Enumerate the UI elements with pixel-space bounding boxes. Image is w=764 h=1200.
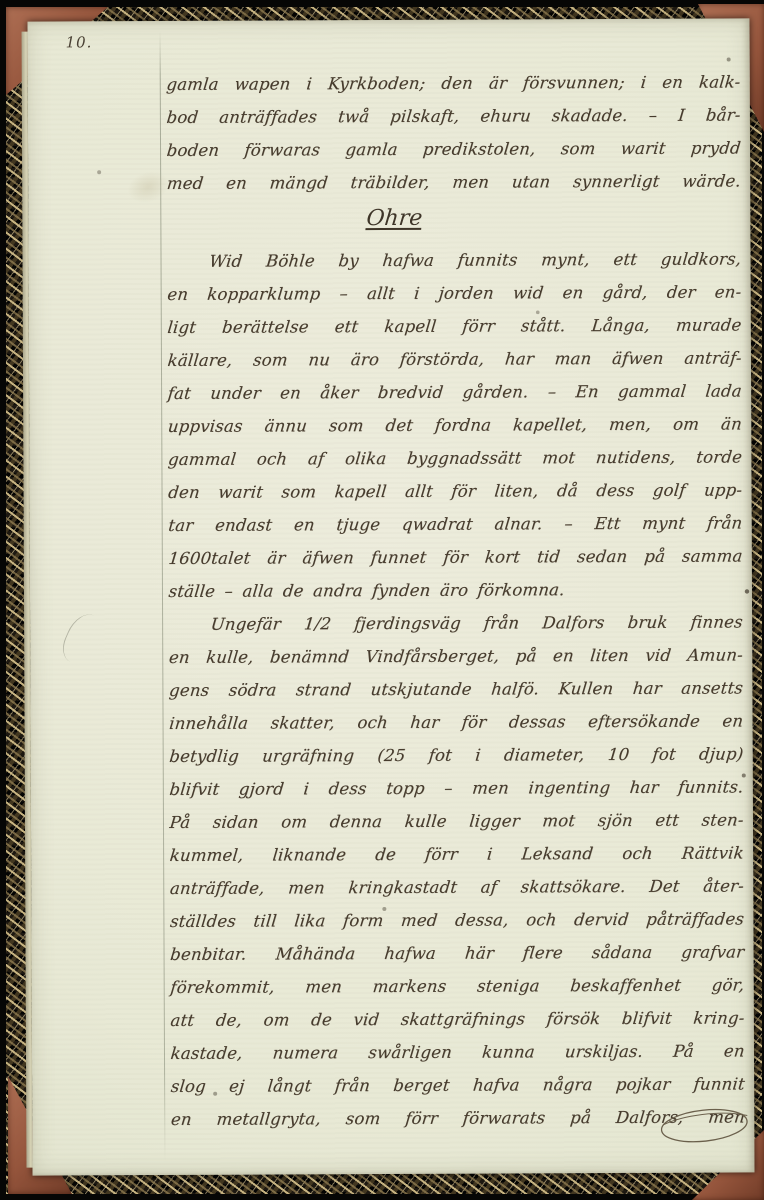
handwritten-line: 1600talet är äfwen funnet för kort tid s…: [166, 546, 743, 582]
paragraph: Ungefär 1/2 fjerdingsväg från Dalfors br…: [168, 612, 744, 1142]
handwritten-line: kummel, liknande de förr i Leksand och R…: [167, 843, 744, 879]
handwritten-line: Wid Böhle by hafwa funnits mynt, ett gul…: [165, 249, 742, 285]
handwritten-line: med en mängd träbilder, men utan synnerl…: [165, 171, 742, 207]
manuscript-page: 10. gamla wapen i Kyrkboden; den är förs…: [27, 18, 754, 1175]
handwritten-line: källare, som nu äro förstörda, har man ä…: [165, 348, 742, 384]
oval-end-flourish-ornament: [654, 1096, 752, 1150]
handwritten-line: bod anträffades twå pilskaft, ehuru skad…: [164, 105, 741, 141]
pencil-scratch-mark: [57, 608, 110, 670]
handwritten-line: Ungefär 1/2 fjerdingsväg från Dalfors br…: [166, 612, 743, 648]
handwritten-line: en kulle, benämnd Vindfårsberget, på en …: [167, 645, 744, 681]
handwritten-line: gens södra strand utskjutande halfö. Kul…: [167, 678, 744, 714]
handwritten-line: blifvit gjord i dess topp – men ingentin…: [167, 777, 744, 813]
handwritten-line: benbitar. Måhända hafwa här flere sådana…: [168, 942, 745, 978]
handwritten-line: förekommit, men markens steniga beskaffe…: [168, 975, 745, 1011]
handwritten-line: ställdes till lika form med dessa, och d…: [168, 909, 745, 945]
handwritten-line: boden förwaras gamla predikstolen, som w…: [164, 138, 741, 174]
handwritten-line: innehålla skatter, och har för dessas ef…: [167, 711, 744, 747]
handwritten-line: uppvisas ännu som det fordna kapellet, m…: [166, 414, 743, 450]
handwritten-line: ligt berättelse ett kapell förr stått. L…: [165, 315, 742, 351]
section-heading: Ohre: [164, 204, 743, 252]
handwritten-line: gammal och af olika byggnadssätt mot nut…: [166, 447, 743, 483]
handwritten-line: gamla wapen i Kyrkboden; den är försvunn…: [164, 72, 741, 108]
handwritten-line: ställe – alla de andra fynden äro förkom…: [166, 579, 743, 615]
paragraph: gamla wapen i Kyrkboden; den är försvunn…: [166, 72, 741, 207]
handwritten-line: anträffade, men kringkastadt af skattsök…: [168, 876, 745, 912]
handwritten-line: att de, om de vid skattgräfnings försök …: [168, 1008, 745, 1044]
handwritten-line: en kopparklump – allt i jorden wid en gå…: [165, 282, 742, 318]
handwritten-line: På sidan om denna kulle ligger mot sjön …: [167, 810, 744, 846]
handwritten-line: den warit som kapell allt för liten, då …: [166, 480, 743, 516]
handwritten-line: kastade, numera swårligen kunna urskilja…: [168, 1041, 745, 1077]
page-number: 10.: [66, 33, 93, 51]
ink-specks: [27, 22, 29, 24]
text-block: gamla wapen i Kyrkboden; den är försvunn…: [166, 72, 745, 1142]
handwritten-line: betydlig urgräfning (25 fot i diameter, …: [167, 744, 744, 780]
paragraph: Wid Böhle by hafwa funnits mynt, ett gul…: [166, 249, 742, 615]
handwritten-line: fat under en åker bredvid gården. – En g…: [165, 381, 742, 417]
handwritten-line: tar endast en tjuge qwadrat alnar. – Ett…: [166, 513, 743, 549]
